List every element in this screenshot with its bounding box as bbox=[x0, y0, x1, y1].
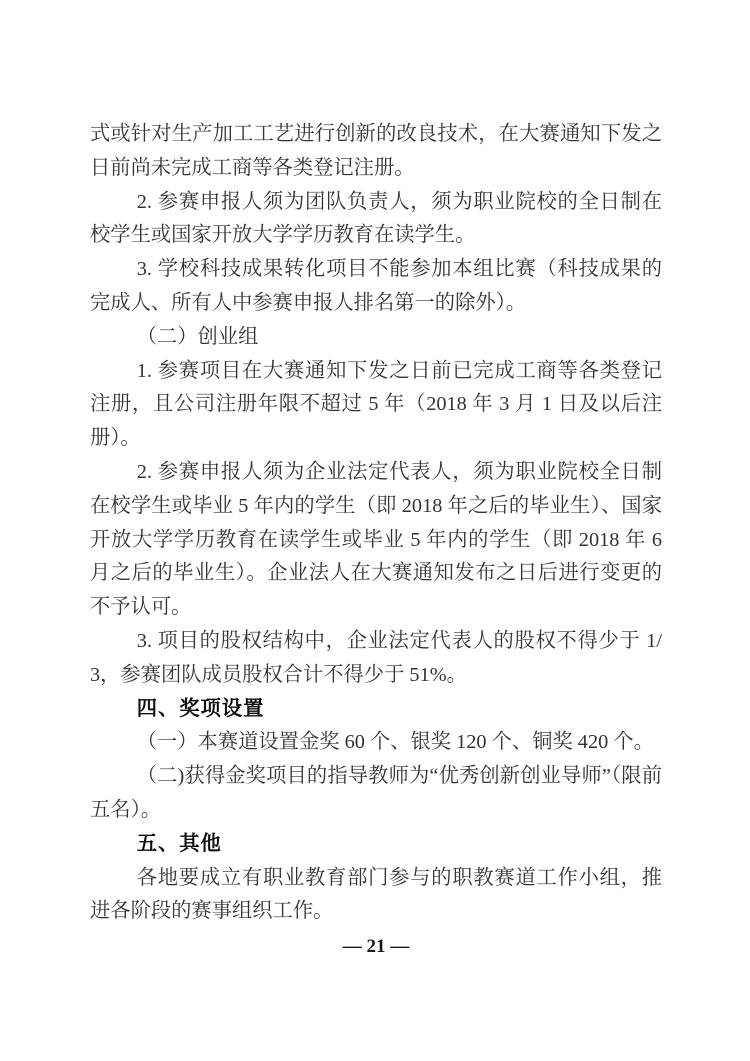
document-body: 式或针对生产加工工艺进行创新的改良技术，在大赛通知下发之日前尚未完成工商等各类登… bbox=[90, 118, 662, 929]
paragraph-awards-counts: （一）本赛道设置金奖 60 个、银奖 120 个、铜奖 420 个。 bbox=[90, 726, 662, 760]
paragraph-item-3-equity-structure: 3. 项目的股权结构中，企业法定代表人的股权不得少于 1/3，参赛团队成员股权合… bbox=[90, 625, 662, 693]
section-heading-others: 五、其他 bbox=[90, 828, 662, 862]
paragraph-item-2-entrepreneurship-group-eligibility: 2. 参赛申报人须为团队负责人，须为职业院校的全日制在校学生或国家开放大学学历教… bbox=[90, 186, 662, 254]
paragraph-working-group: 各地要成立有职业教育部门参与的职教赛道工作小组，推进各阶段的赛事组织工作。 bbox=[90, 862, 662, 930]
paragraph-item-3-tech-transfer-restriction: 3. 学校科技成果转化项目不能参加本组比赛（科技成果的完成人、所有人中参赛申报人… bbox=[90, 253, 662, 321]
section-heading-awards-setup: 四、奖项设置 bbox=[90, 693, 662, 727]
page-number: — 21 — bbox=[90, 932, 662, 962]
paragraph-continuation: 式或针对生产加工工艺进行创新的改良技术，在大赛通知下发之日前尚未完成工商等各类登… bbox=[90, 118, 662, 186]
document-page-background: { "document": { "paragraphs": [ { "text"… bbox=[0, 0, 750, 1061]
paragraph-item-2-legal-representative-requirement: 2. 参赛申报人须为企业法定代表人，须为职业院校全日制在校学生或毕业 5 年内的… bbox=[90, 456, 662, 625]
paragraph-item-1-registration-requirement: 1. 参赛项目在大赛通知下发之日前已完成工商等各类登记注册，且公司注册年限不超过… bbox=[90, 355, 662, 456]
paragraph-gold-award-mentor: （二)获得金奖项目的指导教师为“优秀创新创业导师”（限前五名）。 bbox=[90, 760, 662, 828]
document-page: 式或针对生产加工工艺进行创新的改良技术，在大赛通知下发之日前尚未完成工商等各类登… bbox=[0, 0, 750, 1061]
subsection-heading-startup-group: （二）创业组 bbox=[90, 321, 662, 355]
